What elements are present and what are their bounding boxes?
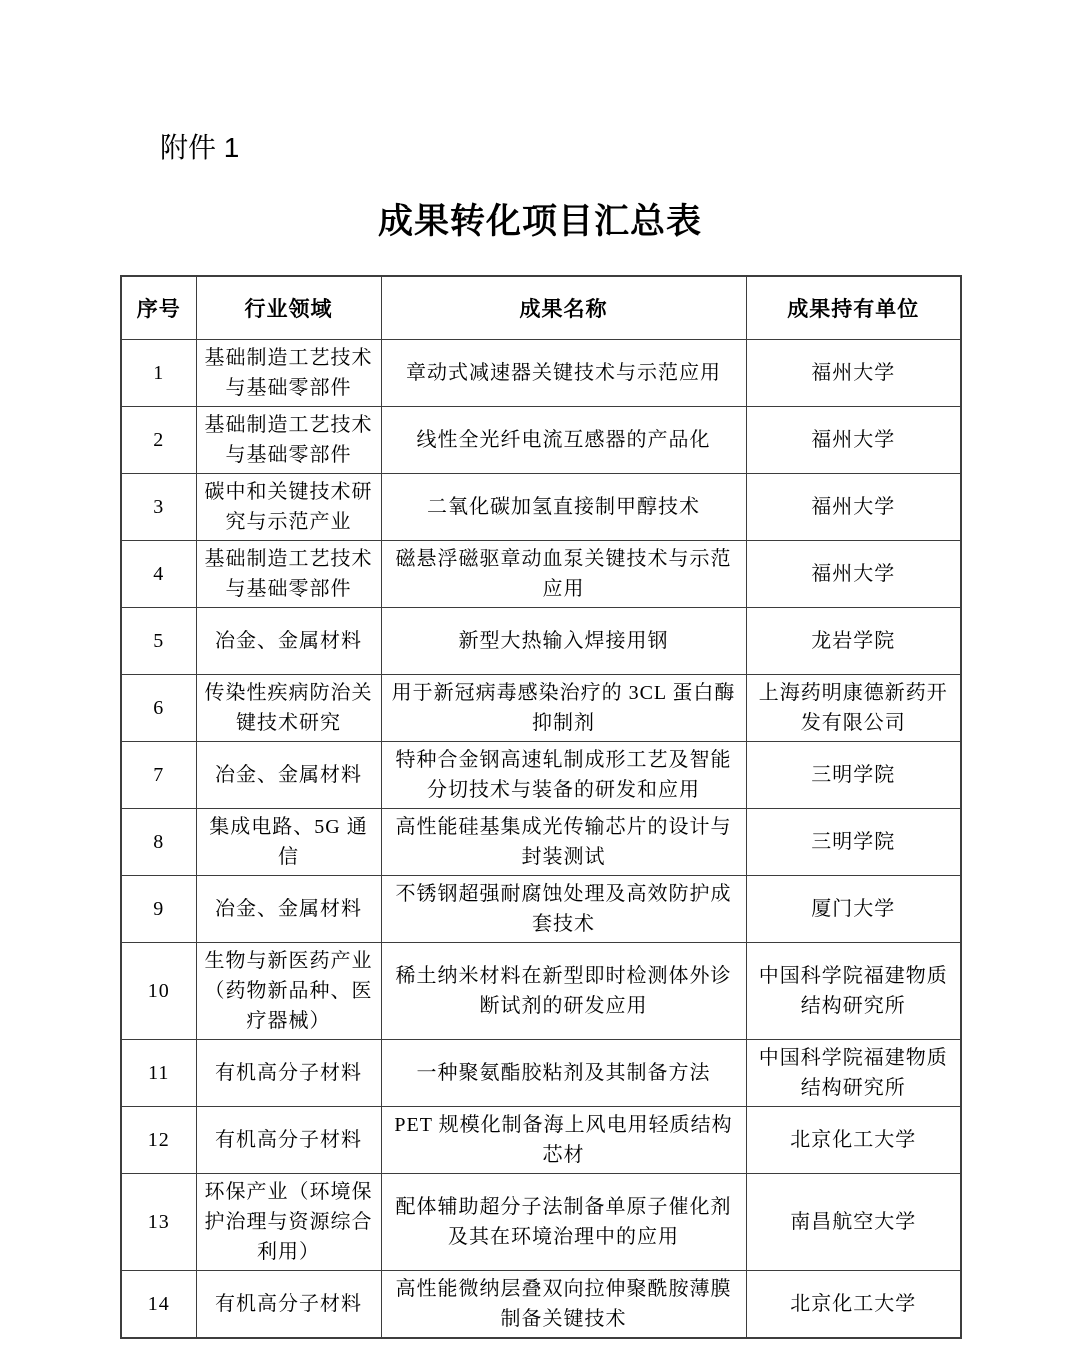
cell-achievement-name: 稀土纳米材料在新型即时检测体外诊断试剂的研发应用 [381,942,746,1039]
cell-serial-number: 13 [121,1173,196,1270]
cell-industry-field: 有机高分子材料 [196,1106,381,1173]
cell-serial-number: 6 [121,674,196,741]
cell-serial-number: 5 [121,607,196,674]
cell-serial-number: 1 [121,339,196,406]
cell-industry-field: 基础制造工艺技术与基础零部件 [196,339,381,406]
cell-holding-unit: 南昌航空大学 [746,1173,961,1270]
header-achievement-name: 成果名称 [381,276,746,339]
cell-achievement-name: 配体辅助超分子法制备单原子催化剂及其在环境治理中的应用 [381,1173,746,1270]
table-row: 1 基础制造工艺技术与基础零部件 章动式减速器关键技术与示范应用 福州大学 [121,339,961,406]
page-title: 成果转化项目汇总表 [0,194,1080,244]
cell-industry-field: 传染性疾病防治关键技术研究 [196,674,381,741]
table-row: 7 冶金、金属材料 特种合金钢高速轧制成形工艺及智能分切技术与装备的研发和应用 … [121,741,961,808]
cell-serial-number: 12 [121,1106,196,1173]
cell-serial-number: 7 [121,741,196,808]
table-row: 9 冶金、金属材料 不锈钢超强耐腐蚀处理及高效防护成套技术 厦门大学 [121,875,961,942]
cell-achievement-name: 用于新冠病毒感染治疗的 3CL 蛋白酶抑制剂 [381,674,746,741]
table-row: 14 有机高分子材料 高性能微纳层叠双向拉伸聚酰胺薄膜制备关键技术 北京化工大学 [121,1270,961,1338]
table-row: 11 有机高分子材料 一种聚氨酯胶粘剂及其制备方法 中国科学院福建物质结构研究所 [121,1039,961,1106]
cell-holding-unit: 福州大学 [746,473,961,540]
cell-achievement-name: 特种合金钢高速轧制成形工艺及智能分切技术与装备的研发和应用 [381,741,746,808]
cell-serial-number: 4 [121,540,196,607]
cell-holding-unit: 北京化工大学 [746,1270,961,1338]
cell-achievement-name: 新型大热输入焊接用钢 [381,607,746,674]
table-row: 3 碳中和关键技术研究与示范产业 二氧化碳加氢直接制甲醇技术 福州大学 [121,473,961,540]
table-header-row: 序号 行业领域 成果名称 成果持有单位 [121,276,961,339]
cell-industry-field: 冶金、金属材料 [196,875,381,942]
cell-industry-field: 环保产业（环境保护治理与资源综合利用） [196,1173,381,1270]
attachment-label: 附件 1 [160,131,239,165]
cell-holding-unit: 北京化工大学 [746,1106,961,1173]
cell-industry-field: 有机高分子材料 [196,1270,381,1338]
cell-achievement-name: 不锈钢超强耐腐蚀处理及高效防护成套技术 [381,875,746,942]
header-holding-unit: 成果持有单位 [746,276,961,339]
table-row: 5 冶金、金属材料 新型大热输入焊接用钢 龙岩学院 [121,607,961,674]
cell-holding-unit: 中国科学院福建物质结构研究所 [746,942,961,1039]
cell-serial-number: 8 [121,808,196,875]
cell-serial-number: 14 [121,1270,196,1338]
cell-serial-number: 9 [121,875,196,942]
table-row: 8 集成电路、5G 通信 高性能硅基集成光传输芯片的设计与封装测试 三明学院 [121,808,961,875]
cell-holding-unit: 厦门大学 [746,875,961,942]
table-row: 4 基础制造工艺技术与基础零部件 磁悬浮磁驱章动血泵关键技术与示范应用 福州大学 [121,540,961,607]
cell-achievement-name: 磁悬浮磁驱章动血泵关键技术与示范应用 [381,540,746,607]
cell-achievement-name: 一种聚氨酯胶粘剂及其制备方法 [381,1039,746,1106]
table-row: 13 环保产业（环境保护治理与资源综合利用） 配体辅助超分子法制备单原子催化剂及… [121,1173,961,1270]
cell-industry-field: 集成电路、5G 通信 [196,808,381,875]
cell-industry-field: 冶金、金属材料 [196,607,381,674]
cell-holding-unit: 三明学院 [746,741,961,808]
table-row: 6 传染性疾病防治关键技术研究 用于新冠病毒感染治疗的 3CL 蛋白酶抑制剂 上… [121,674,961,741]
cell-achievement-name: PET 规模化制备海上风电用轻质结构芯材 [381,1106,746,1173]
cell-industry-field: 碳中和关键技术研究与示范产业 [196,473,381,540]
cell-industry-field: 有机高分子材料 [196,1039,381,1106]
cell-achievement-name: 高性能硅基集成光传输芯片的设计与封装测试 [381,808,746,875]
cell-holding-unit: 三明学院 [746,808,961,875]
summary-table: 序号 行业领域 成果名称 成果持有单位 1 基础制造工艺技术与基础零部件 章动式… [120,275,962,1339]
cell-industry-field: 基础制造工艺技术与基础零部件 [196,540,381,607]
table-row: 2 基础制造工艺技术与基础零部件 线性全光纤电流互感器的产品化 福州大学 [121,406,961,473]
document-page: 附件 1 成果转化项目汇总表 序号 行业领域 成果名称 成果持有单位 1 基础制… [0,0,1080,1357]
cell-achievement-name: 二氧化碳加氢直接制甲醇技术 [381,473,746,540]
cell-holding-unit: 龙岩学院 [746,607,961,674]
cell-serial-number: 2 [121,406,196,473]
cell-industry-field: 冶金、金属材料 [196,741,381,808]
cell-industry-field: 生物与新医药产业（药物新品种、医疗器械） [196,942,381,1039]
cell-holding-unit: 中国科学院福建物质结构研究所 [746,1039,961,1106]
header-serial-number: 序号 [121,276,196,339]
cell-serial-number: 3 [121,473,196,540]
cell-holding-unit: 上海药明康德新药开发有限公司 [746,674,961,741]
cell-holding-unit: 福州大学 [746,339,961,406]
cell-serial-number: 10 [121,942,196,1039]
cell-holding-unit: 福州大学 [746,406,961,473]
cell-holding-unit: 福州大学 [746,540,961,607]
cell-industry-field: 基础制造工艺技术与基础零部件 [196,406,381,473]
header-industry-field: 行业领域 [196,276,381,339]
table-row: 10 生物与新医药产业（药物新品种、医疗器械） 稀土纳米材料在新型即时检测体外诊… [121,942,961,1039]
cell-serial-number: 11 [121,1039,196,1106]
table-row: 12 有机高分子材料 PET 规模化制备海上风电用轻质结构芯材 北京化工大学 [121,1106,961,1173]
cell-achievement-name: 章动式减速器关键技术与示范应用 [381,339,746,406]
cell-achievement-name: 高性能微纳层叠双向拉伸聚酰胺薄膜制备关键技术 [381,1270,746,1338]
cell-achievement-name: 线性全光纤电流互感器的产品化 [381,406,746,473]
